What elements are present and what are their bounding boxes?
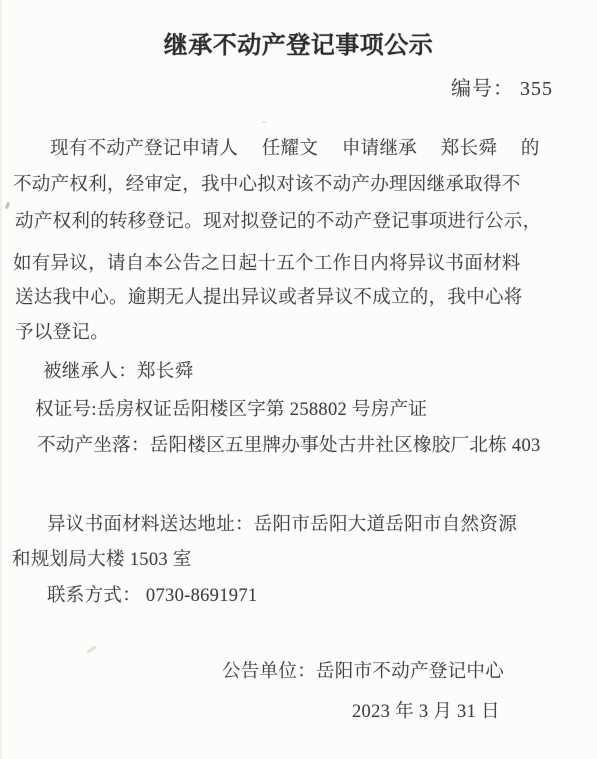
document-number-label: 编号： [451, 78, 514, 100]
objection-address-line-1: 异议书面材料送达地址：岳阳市岳阳大道岳阳市自然资源 [47, 514, 517, 536]
document-number: 编号：355 [451, 72, 553, 101]
inheritance-notice-document: 继承不动产登记事项公示 编号：355 现有不动产登记申请人 任耀文 申请继承 郑… [0, 0, 597, 759]
certificate-number-line: 权证号:岳房权证岳阳楼区字第 258802 号房产证 [35, 399, 427, 421]
scan-left-edge [0, 0, 3, 759]
paragraph-line-3: 动产权利的转移登记。现对拟登记的不动产登记事项进行公示， [15, 211, 541, 233]
scan-speck [5, 202, 10, 210]
paragraph-line-2: 不动产权利，经审定，我中心拟对该不动产办理因继承取得不 [13, 174, 521, 196]
paragraph-line-1: 现有不动产登记申请人 任耀文 申请继承 郑长舜 的 [50, 138, 540, 160]
date-line: 2023 年 3 月 31 日 [352, 701, 500, 723]
paragraph-line-5: 送达我中心。逾期无人提出异议或者异议不成立的，我中心将 [15, 287, 523, 309]
contact-line: 联系方式： 0730-8691971 [47, 585, 257, 607]
scan-speck [262, 121, 267, 123]
objection-address-line-2: 和规划局大楼 1503 室 [12, 549, 192, 571]
scan-speck [86, 645, 97, 653]
decedent-line: 被继承人：郑长舜 [43, 361, 193, 383]
paragraph-line-6: 予以登记。 [15, 322, 109, 344]
notice-title: 继承不动产登记事项公示 [0, 25, 597, 60]
issuer-line: 公告单位：岳阳市不动产登记中心 [222, 661, 504, 683]
property-location-line: 不动产坐落：岳阳楼区五里牌办事处古井社区橡胶厂北栋 403 [37, 435, 541, 457]
document-number-value: 355 [520, 78, 553, 100]
paragraph-line-4: 如有异议，请自本公告之日起十五个工作日内将异议书面材料 [13, 253, 521, 275]
